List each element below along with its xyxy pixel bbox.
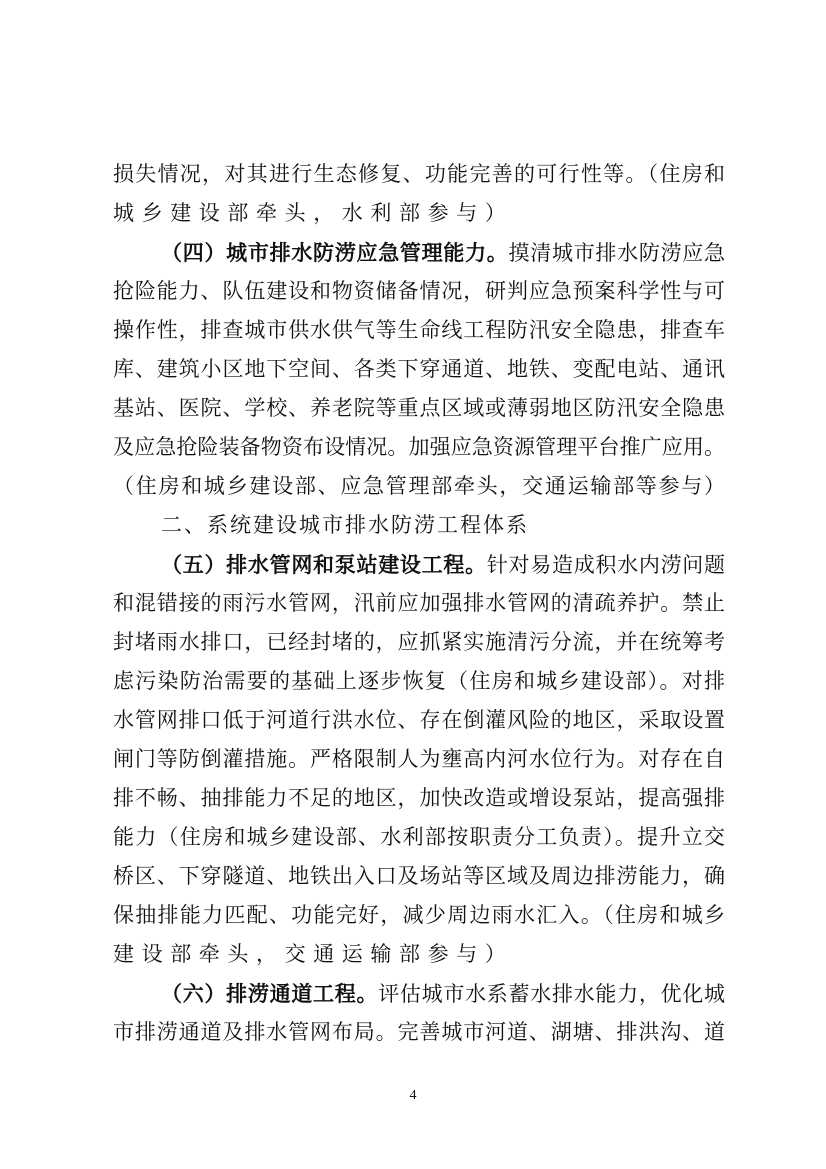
text-line: 保抽排能力匹配、功能完好，减少周边雨水汇入。（住房和城乡 xyxy=(113,896,725,935)
section-paragraph-start: （五）排水管网和泵站建设工程。针对易造成积水内涝问题 xyxy=(113,545,725,584)
text-line: 市排涝通道及排水管网布局。完善城市河道、湖塘、排洪沟、道 xyxy=(113,1013,725,1052)
text-line: 能力（住房和城乡建设部、水利部按职责分工负责）。提升立交 xyxy=(113,818,725,857)
page-number: 4 xyxy=(0,1088,826,1104)
section-title-6: （六）排涝通道工程。 xyxy=(161,981,378,1006)
text-line: 损失情况，对其进行生态修复、功能完善的可行性等。（住房和 xyxy=(113,155,725,194)
text-line: （住房和城乡建设部、应急管理部牵头，交通运输部等参与） xyxy=(113,467,725,506)
text-line: 库、建筑小区地下空间、各类下穿通道、地铁、变配电站、通讯 xyxy=(113,350,725,389)
text-run: 摸清城市排水防涝应急 xyxy=(509,241,725,265)
text-line: 封堵雨水排口，已经封堵的，应抓紧实施清污分流，并在统筹考 xyxy=(113,623,725,662)
section-paragraph-start: （六）排涝通道工程。评估城市水系蓄水排水能力，优化城 xyxy=(113,974,725,1013)
text-run: 评估城市水系蓄水排水能力，优化城 xyxy=(378,982,725,1006)
text-line: 城乡建设部牵头，水利部参与） xyxy=(113,194,725,233)
text-line: 操作性，排查城市供水供气等生命线工程防汛安全隐患，排查车 xyxy=(113,311,725,350)
chapter-heading: 二、系统建设城市排水防涝工程体系 xyxy=(113,506,725,545)
text-line: 及应急抢险装备物资布设情况。加强应急资源管理平台推广应用。 xyxy=(113,428,725,467)
text-run: 针对易造成积水内涝问题 xyxy=(487,553,725,577)
section-title-5: （五）排水管网和泵站建设工程。 xyxy=(161,552,487,577)
text-line: 和混错接的雨污水管网，汛前应加强排水管网的清疏养护。禁止 xyxy=(113,584,725,623)
text-line: 排不畅、抽排能力不足的地区，加快改造或增设泵站，提高强排 xyxy=(113,779,725,818)
text-line: 建设部牵头，交通运输部参与） xyxy=(113,935,725,974)
section-paragraph-start: （四）城市排水防涝应急管理能力。摸清城市排水防涝应急 xyxy=(113,233,725,272)
section-title-4: （四）城市排水防涝应急管理能力。 xyxy=(161,240,509,265)
text-line: 水管网排口低于河道行洪水位、存在倒灌风险的地区，采取设置 xyxy=(113,701,725,740)
text-line: 闸门等防倒灌措施。严格限制人为壅高内河水位行为。对存在自 xyxy=(113,740,725,779)
text-line: 虑污染防治需要的基础上逐步恢复（住房和城乡建设部）。对排 xyxy=(113,662,725,701)
text-line: 基站、医院、学校、养老院等重点区域或薄弱地区防汛安全隐患 xyxy=(113,389,725,428)
text-line: 桥区、下穿隧道、地铁出入口及场站等区域及周边排涝能力，确 xyxy=(113,857,725,896)
text-line: 抢险能力、队伍建设和物资储备情况，研判应急预案科学性与可 xyxy=(113,272,725,311)
document-page: 损失情况，对其进行生态修复、功能完善的可行性等。（住房和 城乡建设部牵头，水利部… xyxy=(113,155,725,1052)
